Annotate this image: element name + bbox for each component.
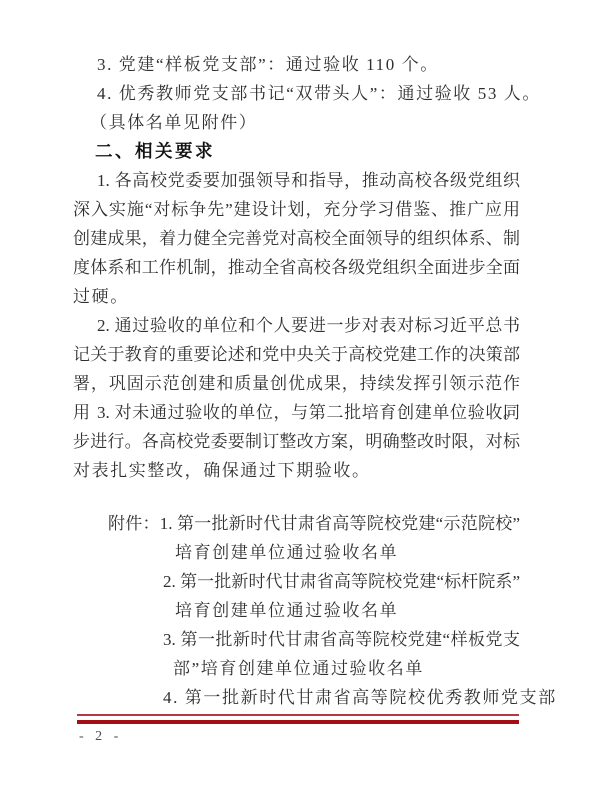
paragraph-1-line: 深入实施“对标争先”建设计划，充分学习借鉴、推广应用 <box>73 195 520 224</box>
attachment-gap <box>73 485 520 509</box>
result-item-4: 4. 优秀教师党支部书记“双带头人”：通过验收 53 人。 <box>73 79 520 108</box>
result-item-3: 3. 党建“样板党支部”：通过验收 110 个。 <box>73 50 520 79</box>
attachment-item-3: 3. 第一批新时代甘肃省高等院校党建“样板党支 <box>73 625 520 654</box>
attachment-list-line: 附件：1. 第一批新时代甘肃省高等院校党建“示范院校” <box>73 509 520 538</box>
attachment-item-2: 2. 第一批新时代甘肃省高等院校党建“标杆院系” <box>73 567 520 596</box>
paragraph-2-line: 记关于教育的重要论述和党中央关于高校党建工作的决策部 <box>73 340 520 369</box>
attachment-item-4: 4. 第一批新时代甘肃省高等院校优秀教师党支部 <box>73 683 520 712</box>
paragraph-2-line: 2. 通过验收的单位和个人要进一步对表对标习近平总书 <box>73 311 520 340</box>
attachment-item-1-continuation: 培育创建单位通过验收名单 <box>73 538 520 567</box>
footer-rule-thin <box>77 714 519 716</box>
paragraph-3-line: 3. 对未通过验收的单位，与第二批培育创建单位验收同 <box>73 398 520 427</box>
footer-rule-thick <box>77 720 519 724</box>
document-page: 3. 党建“样板党支部”：通过验收 110 个。 4. 优秀教师党支部书记“双带… <box>0 0 591 789</box>
attachment-label: 附件： <box>108 514 160 533</box>
paragraph-1-line: 1. 各高校党委要加强领导和指导，推动高校各级党组织 <box>73 166 520 195</box>
paragraph-1-line: 创建成果，着力健全完善党对高校全面领导的组织体系、制 <box>73 224 520 253</box>
attachment-item-1: 1. 第一批新时代甘肃省高等院校党建“示范院校” <box>160 514 520 533</box>
paragraph-3-line: 对表扎实整改，确保通过下期验收。 <box>73 456 520 485</box>
paragraph-1-line: 度体系和工作机制，推动全省高校各级党组织全面进步全面 <box>73 253 520 282</box>
page-number: - 2 - <box>79 729 120 745</box>
paragraph-2-line: 署，巩固示范创建和质量创优成果，持续发挥引领示范作用。 <box>73 369 520 398</box>
paragraph-1-line: 过硬。 <box>73 282 520 311</box>
attachment-note: （具体名单见附件） <box>73 108 520 137</box>
paragraph-3-line: 步进行。各高校党委要制订整改方案，明确整改时限，对标 <box>73 427 520 456</box>
attachment-item-3-continuation: 部”培育创建单位通过验收名单 <box>73 654 520 683</box>
document-body: 3. 党建“样板党支部”：通过验收 110 个。 4. 优秀教师党支部书记“双带… <box>73 50 520 712</box>
section-heading: 二、相关要求 <box>73 137 520 166</box>
attachment-item-2-continuation: 培育创建单位通过验收名单 <box>73 596 520 625</box>
